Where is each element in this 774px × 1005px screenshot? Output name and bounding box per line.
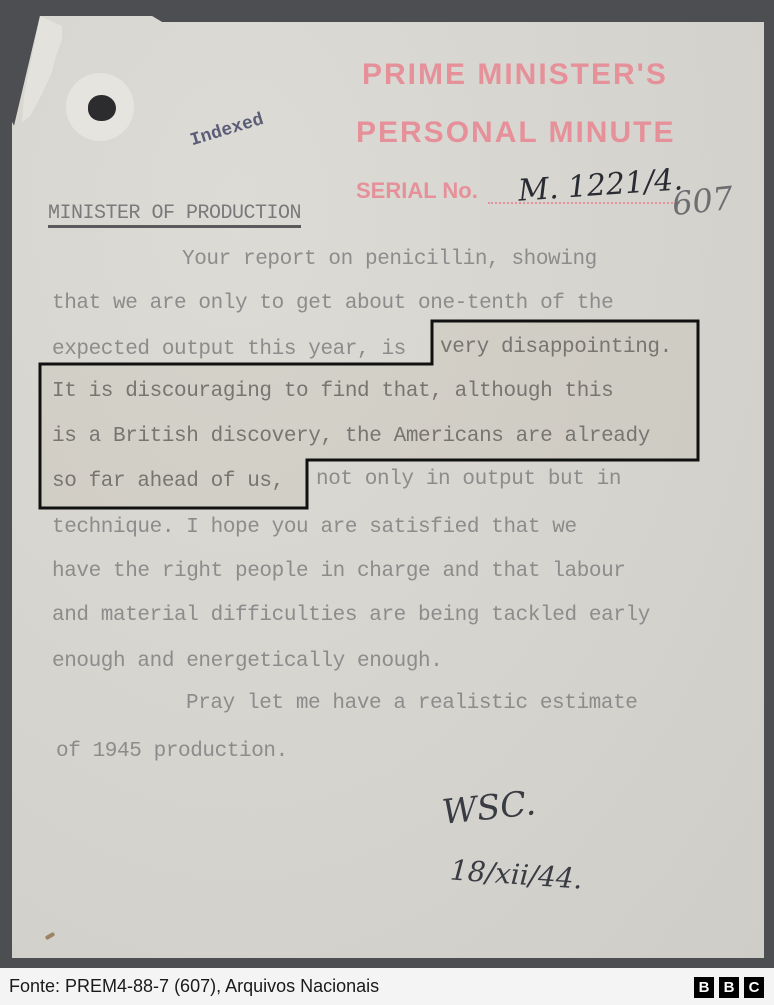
bbc-logo-letter: B	[694, 977, 714, 998]
body-line: and material difficulties are being tack…	[52, 604, 688, 627]
body-line: technique. I hope you are satisfied that…	[52, 516, 577, 539]
letterhead-line1: PRIME MINISTER'S	[362, 58, 668, 92]
body-line: have the right people in charge and that…	[52, 560, 626, 583]
source-caption: Fonte: PREM4-88-7 (607), Arquivos Nacion…	[9, 976, 379, 997]
body-line: Your report on penicillin, showing	[182, 248, 597, 271]
letterhead-line2: PERSONAL MINUTE	[356, 116, 675, 150]
file-number-handwritten: 607	[670, 179, 735, 223]
body-line: not only in output but in	[316, 468, 621, 491]
punch-hole	[88, 95, 116, 121]
body-line: of 1945 production.	[56, 740, 288, 763]
serial-label: SERIAL No.	[356, 178, 478, 204]
body-line: expected output this year, is	[52, 338, 406, 361]
body-line-highlighted: so far ahead of us,	[52, 470, 284, 493]
bbc-logo: B B C	[694, 977, 764, 998]
body-line-highlighted: It is discouraging to find that, althoug…	[52, 380, 613, 403]
body-line-highlighted: very disappointing.	[440, 336, 672, 359]
body-line: enough and energetically enough.	[52, 650, 442, 673]
body-line: Pray let me have a realistic estimate	[186, 692, 637, 715]
body-line-highlighted: is a British discovery, the Americans ar…	[52, 425, 692, 448]
caption-bar: Fonte: PREM4-88-7 (607), Arquivos Nacion…	[0, 968, 774, 1005]
bbc-logo-letter: C	[744, 977, 764, 998]
body-line: that we are only to get about one-tenth …	[52, 292, 613, 315]
addressee-heading: MINISTER OF PRODUCTION	[48, 202, 301, 228]
bbc-logo-letter: B	[719, 977, 739, 998]
